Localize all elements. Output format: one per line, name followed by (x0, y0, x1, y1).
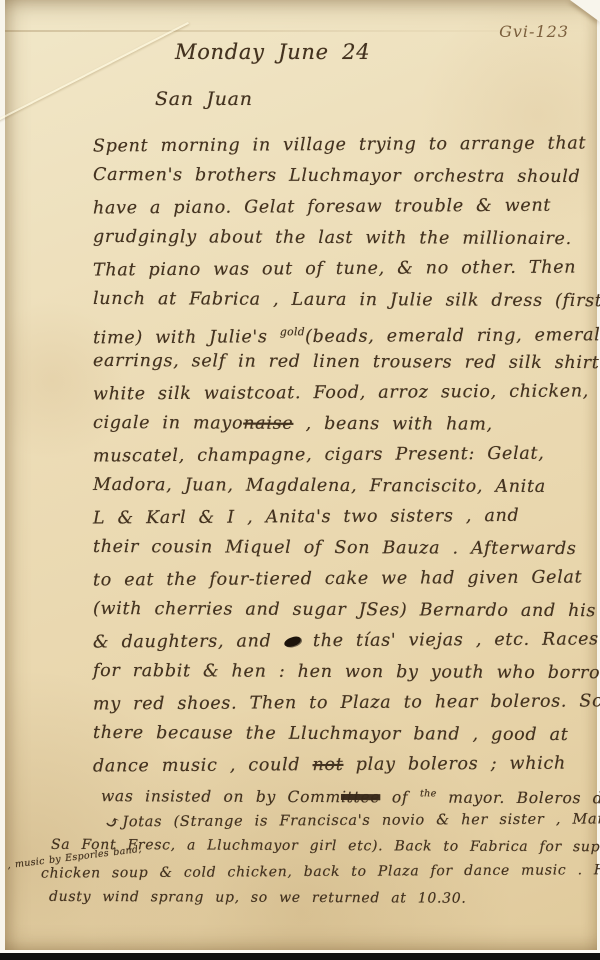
manuscript-text: the (420, 788, 437, 799)
manuscript-text: was insisted on by Comm (101, 787, 341, 806)
manuscript-line: cigale in mayonaise , beans with ham, (93, 408, 573, 441)
manuscript-text: (beads, emerald ring, emerald (305, 325, 600, 347)
paper-sheet: Gvi-123 Monday June 24 San Juan Spent mo… (5, 0, 597, 950)
manuscript-line: (with cherries and sugar JSes) Bernardo … (93, 594, 573, 627)
manuscript-text: cigale in mayo (93, 413, 243, 434)
manuscript-text: ittee (341, 788, 380, 806)
scan-edge-bottom (0, 953, 600, 960)
manuscript-line: white silk waistcoat. Food, arroz sucio,… (93, 377, 573, 411)
manuscript-text: their cousin Miquel of Son Bauza . After… (93, 537, 577, 559)
archive-mark: Gvi-123 (499, 22, 569, 41)
manuscript-text: L & Karl & I , Anita's two sisters , and (93, 506, 520, 529)
diagonal-crease (0, 22, 189, 128)
manuscript-text: dance music , could (93, 755, 313, 776)
manuscript-text: muscatel, champagne, cigars Present: Gel… (93, 444, 545, 467)
manuscript-line: chicken soup & cold chicken, back to Pla… (41, 857, 573, 886)
manuscript-line: muscatel, champagne, cigars Present: Gel… (93, 439, 573, 473)
manuscript-text: naise (243, 414, 293, 434)
manuscript-body: Spent morning in village trying to arran… (5, 130, 597, 911)
manuscript-text: for rabbit & hen : hen won by youth who … (93, 661, 600, 683)
page-subtitle: San Juan (155, 88, 597, 110)
manuscript-line: ↷Jotas (Strange is Francisca's novio & h… (105, 806, 573, 835)
manuscript-text: play boleros ; which (343, 754, 566, 775)
manuscript-line: my red shoes. Then to Plaza to hear bole… (93, 687, 573, 721)
manuscript-line: dance music , could not play boleros ; w… (93, 749, 573, 783)
manuscript-text: my red shoes. Then to Plaza to hear bole… (93, 691, 600, 714)
manuscript-text: dusty wind sprang up, so we returned at … (49, 889, 467, 907)
manuscript-text: Madora, Juan, Magdalena, Franciscito, An… (93, 475, 546, 497)
manuscript-text: have a piano. Gelat foresaw trouble & we… (93, 196, 551, 219)
scanned-page: Gvi-123 Monday June 24 San Juan Spent mo… (0, 0, 600, 960)
manuscript-line: was insisted on by Committee of the mayo… (101, 780, 573, 808)
ink-blot-icon (283, 635, 302, 648)
manuscript-text: Spent morning in village trying to arran… (93, 133, 586, 156)
torn-corner (570, 0, 600, 22)
manuscript-line: for rabbit & hen : hen won by youth who … (93, 656, 573, 689)
manuscript-text: not (312, 755, 343, 775)
manuscript-line: have a piano. Gelat foresaw trouble & we… (93, 191, 573, 225)
manuscript-line: time) with Julie's gold(beads, emerald r… (93, 315, 573, 349)
manuscript-text: chicken soup & cold chicken, back to Pla… (41, 862, 600, 882)
manuscript-text: Jotas (Strange is Francisca's novio & he… (122, 811, 600, 830)
manuscript-text: Carmen's brothers Lluchmayor orchestra s… (93, 165, 581, 187)
manuscript-line: there because the Lluchmayor band , good… (93, 718, 573, 751)
manuscript-line: dusty wind sprang up, so we returned at … (49, 884, 573, 912)
manuscript-line: to eat the four-tiered cake we had given… (93, 563, 573, 597)
manuscript-text: grudgingly about the last with the milli… (93, 227, 572, 249)
manuscript-text: (with cherries and sugar JSes) Bernardo … (93, 599, 600, 621)
manuscript-line: Carmen's brothers Lluchmayor orchestra s… (93, 160, 573, 193)
manuscript-line: grudgingly about the last with the milli… (93, 222, 573, 255)
manuscript-text: lunch at Fabrica , Laura in Julie silk d… (93, 289, 600, 311)
manuscript-text: mayor. Boleros danced, (437, 789, 600, 808)
manuscript-text: there because the Lluchmayor band , good… (93, 723, 569, 745)
manuscript-line: Madora, Juan, Magdalena, Franciscito, An… (93, 470, 573, 503)
manuscript-text: earrings, self in red linen trousers red… (93, 351, 600, 373)
manuscript-text: of (380, 788, 420, 806)
manuscript-text: & daughters, and (93, 631, 284, 652)
manuscript-text: , beans with ham, (293, 414, 492, 435)
manuscript-line: their cousin Miquel of Son Bauza . After… (93, 532, 573, 565)
manuscript-line: Spent morning in village trying to arran… (93, 129, 573, 163)
manuscript-text: white silk waistcoat. Food, arroz sucio,… (93, 381, 589, 404)
manuscript-line: & daughters, and the tías' viejas , etc.… (93, 625, 573, 659)
manuscript-text: to eat the four-tiered cake we had given… (93, 567, 582, 590)
manuscript-text: gold (280, 325, 305, 338)
manuscript-line: L & Karl & I , Anita's two sisters , and (93, 501, 573, 535)
manuscript-text: the tías' viejas , etc. Races , (301, 629, 600, 651)
manuscript-text: That piano was out of tune, & no other. … (93, 258, 576, 281)
manuscript-line: That piano was out of tune, & no other. … (93, 253, 573, 287)
manuscript-line: earrings, self in red linen trousers red… (93, 346, 573, 379)
manuscript-line: lunch at Fabrica , Laura in Julie silk d… (93, 284, 573, 317)
